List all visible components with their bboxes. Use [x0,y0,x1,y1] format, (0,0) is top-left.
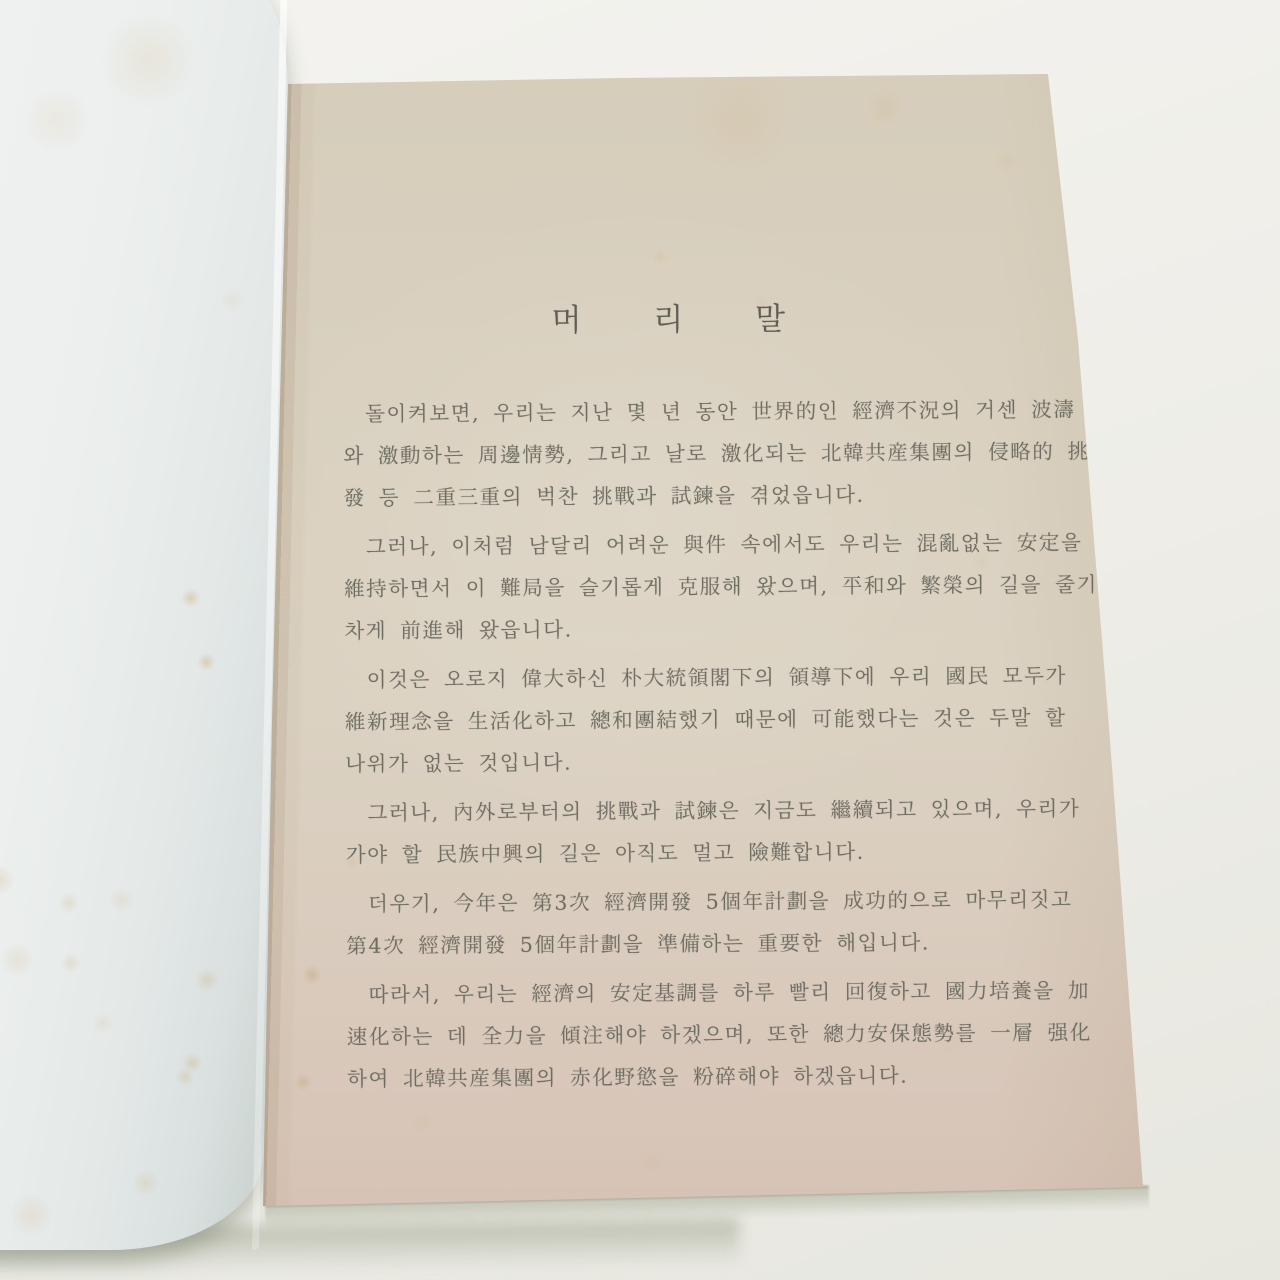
text-line: 發 등 二重三重의 벅찬 挑戰과 試鍊을 겪었읍니다. [343,473,1043,519]
book-photo: 머 리 말 돌이켜보면, 우리는 지난 몇 년 동안 世界的인 經濟不況의 거센… [0,0,1280,1280]
text-line: 돌이켜보면, 우리는 지난 몇 년 동안 世界的인 經濟不況의 거센 波濤 [343,389,1043,435]
text-line: 그러나, 이처럼 남달리 어려운 與件 속에서도 우리는 混亂없는 安定을 [344,522,1044,568]
text-line: 나위가 없는 것입니다. [345,739,1045,785]
text-line: 더우기, 今年은 第3次 經濟開發 5個年計劃을 成功的으로 마무리짓고 [346,879,1046,925]
text-line: 그러나, 內外로부터의 挑戰과 試鍊은 지금도 繼續되고 있으며, 우리가 [345,788,1045,834]
body-text: 돌이켜보면, 우리는 지난 몇 년 동안 世界的인 經濟不況의 거센 波濤 와 … [343,389,1047,1100]
text-line: 가야 할 民族中興의 길은 아직도 멀고 險難합니다. [346,830,1046,876]
text-line: 第4次 經濟開發 5個年計劃을 準備하는 重要한 해입니다. [346,921,1046,967]
text-line: 維持하면서 이 難局을 슬기롭게 克服해 왔으며, 平和와 繁榮의 길을 줄기 [344,564,1044,610]
text-line: 따라서, 우리는 經濟의 安定基調를 하루 빨리 回復하고 國力培養을 加 [347,970,1047,1016]
foxing-stains-white-page [0,0,290,1250]
page-title: 머 리 말 [551,293,787,339]
text-line: 이것은 오로지 偉大하신 朴大統領閣下의 領導下에 우리 國民 모두가 [345,655,1045,701]
text-line: 와 激動하는 周邊情勢, 그리고 날로 激化되는 北韓共産集團의 侵略的 挑 [343,431,1043,477]
text-line: 維新理念을 生活化하고 總和團結했기 때문에 可能했다는 것은 두말 할 [345,697,1045,743]
text-line: 하여 北韓共産集團의 赤化野慾을 粉碎해야 하겠읍니다. [347,1054,1047,1100]
text-line: 速化하는 데 全力을 傾注해야 하겠으며, 또한 總力安保態勢를 一層 强化 [347,1012,1047,1058]
text-line: 차게 前進해 왔읍니다. [344,606,1044,652]
turned-cover-page [0,0,290,1250]
